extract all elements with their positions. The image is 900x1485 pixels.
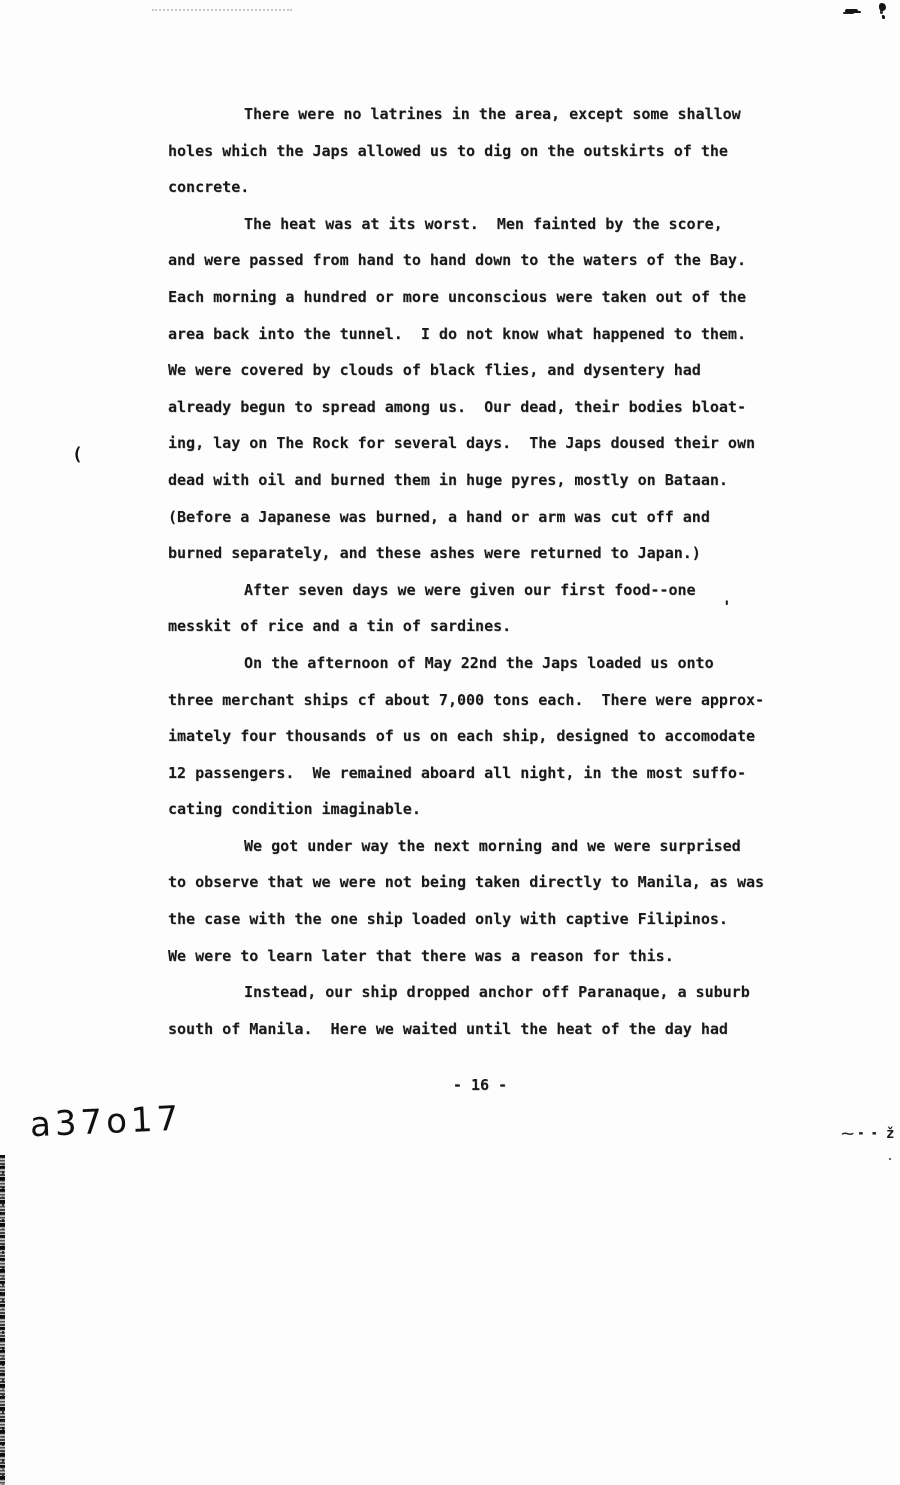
typewritten-line: We were covered by clouds of black flies… bbox=[168, 352, 788, 389]
typewritten-line: ing, lay on The Rock for several days. T… bbox=[168, 425, 788, 462]
typewritten-line: to observe that we were not being taken … bbox=[168, 864, 788, 901]
typewritten-line: cating condition imaginable. bbox=[168, 791, 788, 828]
stray-paren-mark: ( bbox=[72, 444, 83, 465]
typewritten-line: south of Manila. Here we waited until th… bbox=[168, 1011, 788, 1048]
typewritten-line: After seven days we were given our first… bbox=[168, 572, 788, 609]
typewritten-line: already begun to spread among us. Our de… bbox=[168, 389, 788, 426]
stray-glyph-mark: ž bbox=[886, 1126, 894, 1142]
scanned-document-page: There were no latrines in the area, exce… bbox=[0, 0, 900, 1485]
typewritten-text-block: There were no latrines in the area, exce… bbox=[168, 96, 788, 1047]
typewritten-line: concrete. bbox=[168, 169, 788, 206]
ink-speck bbox=[889, 1158, 891, 1160]
typewritten-line: and were passed from hand to hand down t… bbox=[168, 242, 788, 279]
typewritten-line: We got under way the next morning and we… bbox=[168, 828, 788, 865]
typewritten-line: messkit of rice and a tin of sardines. bbox=[168, 608, 788, 645]
handwritten-annotation: a37o17 bbox=[29, 1099, 183, 1146]
typewritten-line: the case with the one ship loaded only w… bbox=[168, 901, 788, 938]
typewritten-line: area back into the tunnel. I do not know… bbox=[168, 316, 788, 353]
stray-apostrophe-mark: ' bbox=[722, 597, 732, 616]
typewritten-line: holes which the Japs allowed us to dig o… bbox=[168, 133, 788, 170]
stray-squiggle-mark: ~·· bbox=[841, 1127, 881, 1142]
typewritten-line: The heat was at its worst. Men fainted b… bbox=[168, 206, 788, 243]
typewritten-line: imately four thousands of us on each shi… bbox=[168, 718, 788, 755]
typewritten-line: burned separately, and these ashes were … bbox=[168, 535, 788, 572]
typewritten-line: (Before a Japanese was burned, a hand or… bbox=[168, 499, 788, 536]
typewritten-line: On the afternoon of May 22nd the Japs lo… bbox=[168, 645, 788, 682]
faint-dotted-scan-line bbox=[152, 9, 292, 11]
typewritten-line: We were to learn later that there was a … bbox=[168, 938, 788, 975]
scan-edge-artifact bbox=[0, 1155, 5, 1485]
typewritten-line: There were no latrines in the area, exce… bbox=[168, 96, 788, 133]
typewritten-line: dead with oil and burned them in huge py… bbox=[168, 462, 788, 499]
ink-speck bbox=[879, 3, 886, 11]
typewritten-line: 12 passengers. We remained aboard all ni… bbox=[168, 755, 788, 792]
typewritten-line: three merchant ships cf about 7,000 tons… bbox=[168, 682, 788, 719]
ink-speck bbox=[845, 9, 858, 13]
page-number: - 16 - bbox=[380, 1076, 580, 1094]
typewritten-line: Each morning a hundred or more unconscio… bbox=[168, 279, 788, 316]
typewritten-line: Instead, our ship dropped anchor off Par… bbox=[168, 974, 788, 1011]
